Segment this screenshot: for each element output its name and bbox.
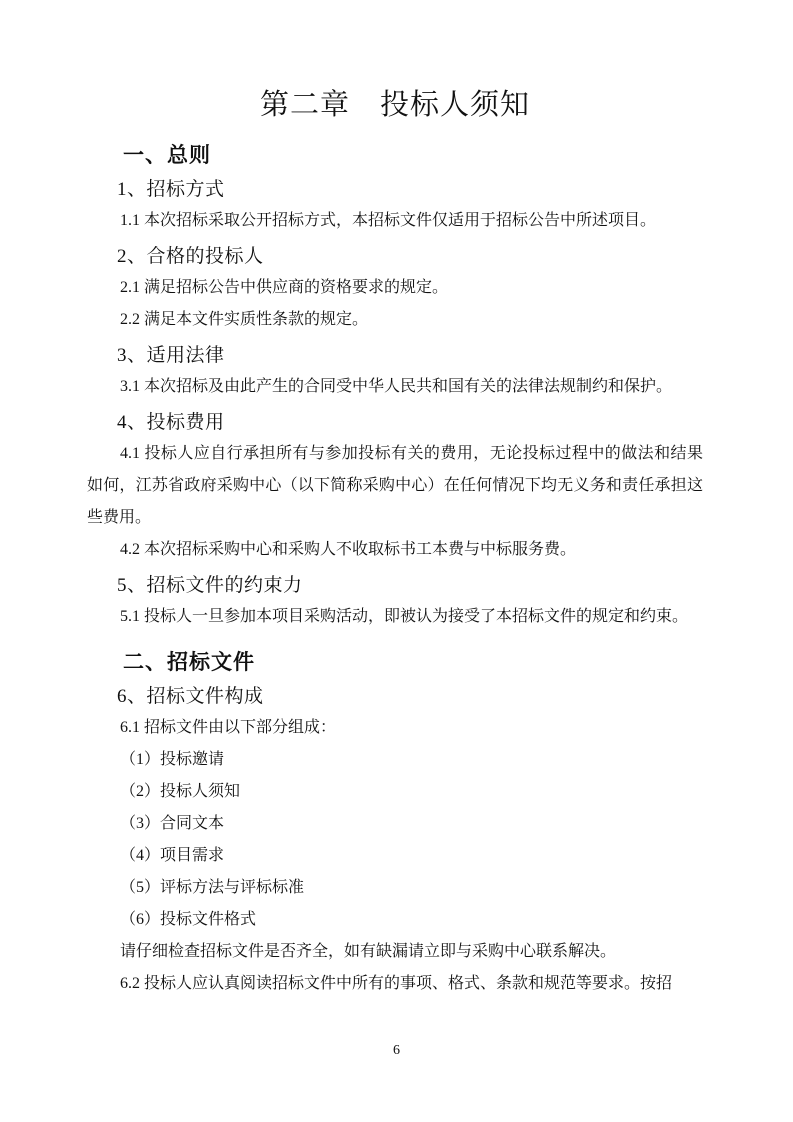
- list-item-project-requirements: （4）项目需求: [87, 840, 703, 872]
- subheading-bidding-method: 1、招标方式: [117, 177, 703, 203]
- list-item-evaluation-method: （5）评标方法与评标标准: [87, 872, 703, 904]
- subheading-applicable-law: 3、适用法律: [117, 343, 703, 369]
- clause-2-2: 2.2 满足本文件实质性条款的规定。: [87, 304, 703, 336]
- clause-6-1: 6.1 招标文件由以下部分组成：: [87, 712, 703, 744]
- subheading-bidding-costs: 4、投标费用: [117, 410, 703, 436]
- note-check-completeness: 请仔细检查招标文件是否齐全，如有缺漏请立即与采购中心联系解决。: [87, 936, 703, 968]
- document-content: 第二章 投标人须知 一、总则 1、招标方式 1.1 本次招标采取公开招标方式，本…: [87, 0, 703, 1000]
- clause-4-1: 4.1 投标人应自行承担所有与参加投标有关的费用，无论投标过程中的做法和结果如何…: [87, 438, 703, 534]
- list-item-bid-format: （6）投标文件格式: [87, 904, 703, 936]
- subheading-document-composition: 6、招标文件构成: [117, 684, 703, 710]
- page-number: 6: [0, 1042, 793, 1060]
- clause-4-2: 4.2 本次招标采购中心和采购人不收取标书工本费与中标服务费。: [87, 534, 703, 566]
- subheading-qualified-bidders: 2、合格的投标人: [117, 244, 703, 270]
- clause-6-2: 6.2 投标人应认真阅读招标文件中所有的事项、格式、条款和规范等要求。按招: [87, 968, 703, 1000]
- clause-5-1: 5.1 投标人一旦参加本项目采购活动，即被认为接受了本招标文件的规定和约束。: [87, 601, 703, 633]
- list-item-instructions: （2）投标人须知: [87, 776, 703, 808]
- part-heading-general-rules: 一、总则: [123, 142, 703, 170]
- list-item-invitation: （1）投标邀请: [87, 744, 703, 776]
- subheading-binding-force: 5、招标文件的约束力: [117, 573, 703, 599]
- list-item-contract-text: （3）合同文本: [87, 808, 703, 840]
- chapter-title: 第二章 投标人须知: [87, 86, 703, 124]
- clause-1-1: 1.1 本次招标采取公开招标方式，本招标文件仅适用于招标公告中所述项目。: [87, 205, 703, 237]
- clause-2-1: 2.1 满足招标公告中供应商的资格要求的规定。: [87, 272, 703, 304]
- clause-3-1: 3.1 本次招标及由此产生的合同受中华人民共和国有关的法律法规制约和保护。: [87, 371, 703, 403]
- part-heading-bidding-documents: 二、招标文件: [123, 649, 703, 677]
- document-page: 第二章 投标人须知 一、总则 1、招标方式 1.1 本次招标采取公开招标方式，本…: [0, 0, 793, 1122]
